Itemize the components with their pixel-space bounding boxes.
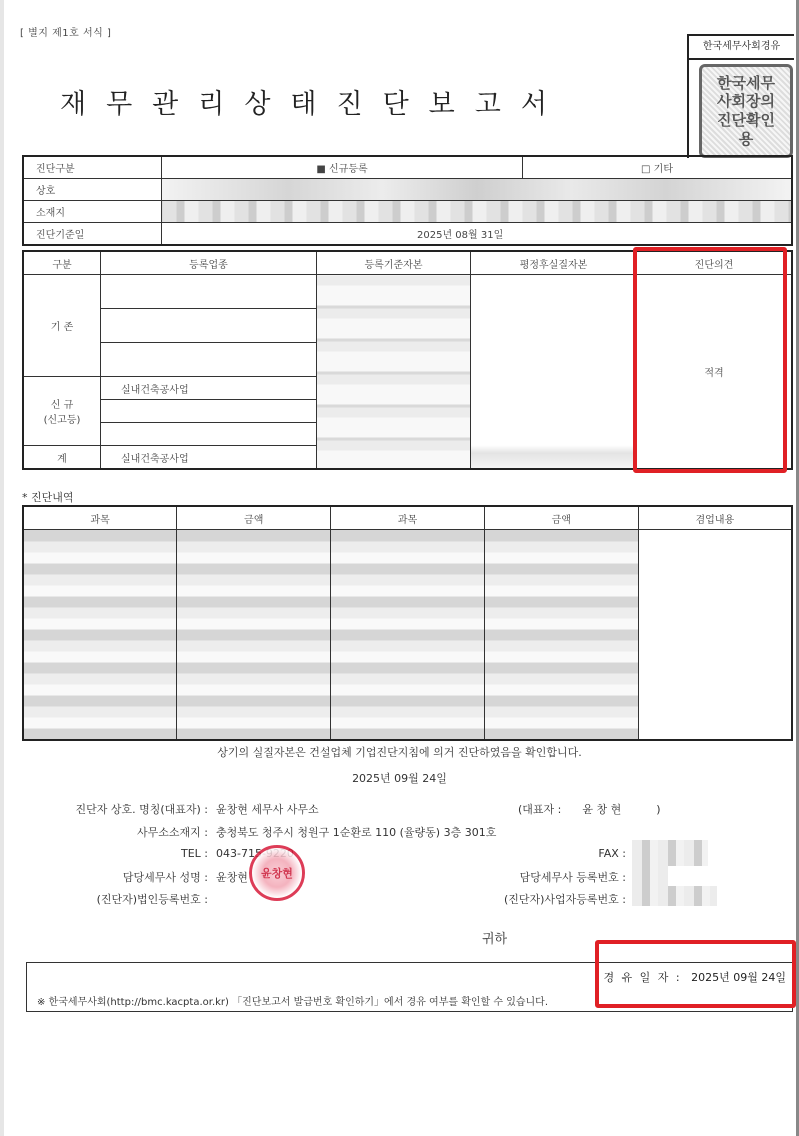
opinion-highlight [633,247,787,473]
page-edge [0,0,4,1136]
group-label: 신 규 (신고등) [23,377,101,446]
section-label: * 진단내역 [22,489,74,505]
form-number: [ 별지 제1호 서식 ] [20,24,111,39]
table-row: 소재지 [23,201,792,223]
col-header: 금액 [484,506,638,530]
business-no-redacted [632,886,717,906]
detail-table: 과목 금액 과목 금액 겸업내용 [22,505,793,741]
business-type [101,423,317,446]
table-row: 진단기준일 2025년 08월 31일 [23,223,792,246]
col-header: 겸업내용 [638,506,792,530]
table-row: 상호 [23,179,792,201]
group-label: 기 존 [23,275,101,377]
row-label: 진단구분 [23,156,162,179]
redacted-cell [23,530,177,740]
document-title: 재무관리상태진단보고서 [60,82,650,121]
business-type [101,275,317,309]
option-new-registration: ■ 신규등록 [162,156,523,179]
field-label: 사무소소재지 : [30,824,208,840]
field-label: (진단자)사업자등록번호 : [440,891,626,907]
business-type [101,343,317,377]
option-other: □ 기타 [523,156,793,179]
seal-text: 윤창현 [261,865,293,881]
confirmation-date: 2025년 09월 24일 [0,770,799,786]
header-row: 과목 금액 과목 금액 겸업내용 [23,506,792,530]
fax-redacted [632,840,708,866]
option-label: 기타 [654,164,673,175]
registered-capital-redacted [317,275,471,470]
row-label: 소재지 [23,201,162,223]
field-label: 진단자 상호. 명칭(대표자) : [30,801,208,817]
redacted-cell [331,530,485,740]
checkbox-checked-icon: ■ [316,164,325,175]
association-seal-icon: 한국세무사회장의진단확인용 [699,64,793,158]
diagnostician-name: 윤창현 세무사 사무소 [216,801,319,817]
col-header: 과목 [331,506,485,530]
tax-accountant-name: 윤창현 [216,869,248,885]
business-type: 실내건축공사업 [101,446,317,470]
registration-no-redacted [632,866,668,888]
redacted-cell [177,530,331,740]
official-seal-icon: 윤창현 [249,845,305,901]
transit-date-highlight [595,940,796,1008]
business-type [101,309,317,343]
row-label: 진단기준일 [23,223,162,246]
row-label: 상호 [23,179,162,201]
seal-text: 한국세무사회장의진단확인용 [711,74,781,149]
real-capital-redacted [471,275,637,470]
address-redacted [162,201,793,223]
field-label: TEL : [30,847,208,860]
col-header: 금액 [177,506,331,530]
addressee: 귀하 [482,928,507,947]
verification-notice: ※ 한국세무사회(http://bmc.kacpta.or.kr) 「진단보고서… [37,993,548,1008]
confirmation-text: 상기의 실질자본은 건설업체 기업진단지침에 의거 진단하였음을 확인합니다. [0,744,799,760]
side-business-cell [638,530,792,740]
col-header: 구분 [23,251,101,275]
col-header: 등록기준자본 [317,251,471,275]
stamp-label: 한국세무사회경유 [689,36,794,60]
table-row: 진단구분 ■ 신규등록 □ 기타 [23,156,792,179]
field-label: 담당세무사 성명 : [30,869,208,885]
office-address: 충청북도 청주시 청원구 1순환로 110 (율량동) 3층 301호 [216,824,496,840]
field-label: (진단자)법인등록번호 : [30,891,208,907]
transit-stamp-box: 한국세무사회경유 한국세무사회장의진단확인용 [687,34,794,158]
company-name-redacted [162,179,793,201]
business-type [101,400,317,423]
checkbox-unchecked-icon: □ [641,164,650,175]
base-date: 2025년 08월 31일 [162,223,793,246]
group-label: 계 [23,446,101,470]
col-header: 등록업종 [101,251,317,275]
field-label: 담당세무사 등록번호 : [440,869,626,885]
field-label: FAX : [440,847,626,860]
detail-body [23,530,792,740]
info-table: 진단구분 ■ 신규등록 □ 기타 상호 소재지 진단기준일 2025년 08월 … [22,155,793,246]
col-header: 평정후실질자본 [471,251,637,275]
representative: (대표자 : 윤 창 현 ) [518,801,660,817]
redacted-cell [484,530,638,740]
col-header: 과목 [23,506,177,530]
option-label: 신규등록 [329,164,368,175]
business-type: 실내건축공사업 [101,377,317,400]
